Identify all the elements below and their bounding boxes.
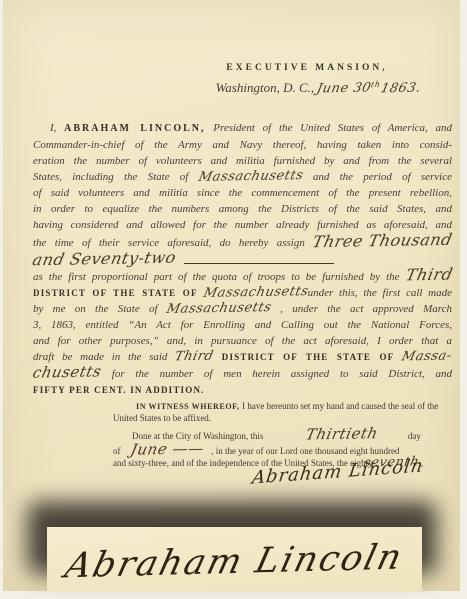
printed-smallcaps: IN WITNESS WHEREOF, <box>136 402 242 411</box>
header-place: Washington, D. C., <box>216 80 318 95</box>
printed-smallcaps: ABRAHAM LINCOLN, <box>64 123 205 134</box>
body-line: eration the number of volunteers and mil… <box>33 153 452 169</box>
body-line: by me on the State of Massachusetts , un… <box>33 301 452 317</box>
printed-text: under this, the first call made <box>302 287 452 299</box>
handwritten-fill: chusetts <box>31 364 103 380</box>
printed-text: in order to equalize the numbers among t… <box>33 203 452 215</box>
handwritten-fill: Three Thousand <box>311 232 454 250</box>
printed-text: President of the United States of Americ… <box>206 122 452 134</box>
body-line: in order to equalize the numbers among t… <box>33 201 452 217</box>
body-line: and Seventy-two <box>33 251 452 267</box>
handwritten-rule <box>184 263 334 264</box>
body-line: States, including the State of Massachus… <box>33 169 452 185</box>
body-paragraph: I, ABRAHAM LINCOLN, President of the Uni… <box>33 120 452 398</box>
printed-text: United States to be affixed. <box>113 413 211 423</box>
body-line: and for other purposes,” and, in pursuan… <box>33 333 452 349</box>
handwritten-fill: Massachusetts <box>165 301 272 316</box>
handwritten-fill: Massachusetts <box>202 285 309 300</box>
handwritten-fill: and Seventy-two <box>31 250 178 268</box>
body-line: Commander-in-chief of the Army and Navy … <box>33 137 452 153</box>
handwritten-year: 1863. <box>379 82 422 96</box>
printed-smallcaps: DISTRICT OF THE STATE OF <box>33 288 204 298</box>
witness-line: United States to be affixed. <box>113 413 451 425</box>
handwritten-date: June 30 <box>316 82 373 96</box>
printed-text: States, including the State of <box>33 171 199 183</box>
screenshot-root: { "colors": { "paper": "#f1e6c4", "print… <box>0 0 467 599</box>
printed-smallcaps: DISTRICT OF THE STATE OF <box>213 352 402 362</box>
printed-smallcaps: FIFTY PER CENT. IN ADDITION. <box>33 385 205 395</box>
body-line: I, ABRAHAM LINCOLN, President of the Uni… <box>33 120 452 137</box>
printed-text: I have hereunto set my hand and caused t… <box>242 401 438 411</box>
witness-line: IN WITNESS WHEREOF, I have hereunto set … <box>113 401 451 413</box>
printed-text: of <box>113 446 121 456</box>
printed-text: by me on the State of <box>33 303 167 315</box>
body-line: chusetts for the number of men herein as… <box>33 365 452 382</box>
body-line: FIFTY PER CENT. IN ADDITION. <box>33 382 452 398</box>
header-office: EXECUTIVE MANSION, <box>177 63 437 73</box>
handwritten-fill: June —— <box>129 441 205 457</box>
printed-text: I, <box>50 122 64 134</box>
handwritten-fill: Third <box>174 350 215 364</box>
printed-text: as the first proportional part of the qu… <box>33 271 406 283</box>
printed-text: day <box>408 431 421 441</box>
handwritten-date-suffix: th <box>370 81 381 89</box>
printed-text: , under the act approved March <box>271 303 452 315</box>
signature-strip: Abraham Lincoln <box>47 527 422 592</box>
printed-text: draft be made in the said <box>33 351 175 363</box>
body-line: 3, 1863, entitled “An Act for Enrolling … <box>33 317 452 333</box>
printed-text: eration the number of volunteers and mil… <box>33 155 452 167</box>
body-line: as the first proportional part of the qu… <box>33 267 452 285</box>
printed-text: and the period of service <box>303 171 452 183</box>
printed-text: Commander-in-chief of the Army and Navy … <box>33 139 452 151</box>
body-line: of said volunteers and militia since the… <box>33 185 452 201</box>
printed-text: and for other purposes,” and, in pursuan… <box>33 335 452 347</box>
printed-text: for the number of men herein assigned to… <box>101 368 452 380</box>
body-line: DISTRICT OF THE STATE OF Massachusetts u… <box>33 285 452 301</box>
printed-text: of said volunteers and militia since the… <box>33 187 452 199</box>
enlarged-lincoln-signature: Abraham Lincoln <box>61 537 407 586</box>
handwritten-fill: Thirtieth <box>286 426 380 443</box>
handwritten-fill: Third <box>404 267 454 284</box>
handwritten-fill: Massachusetts <box>197 169 304 184</box>
handwritten-fill: Massa- <box>401 350 454 364</box>
printed-text: having considered and allowed for the nu… <box>33 219 452 231</box>
printed-text: 3, 1863, entitled “An Act for Enrolling … <box>33 319 452 331</box>
header-dateline: Washington, D. C., June 30th 1863. <box>178 80 458 96</box>
